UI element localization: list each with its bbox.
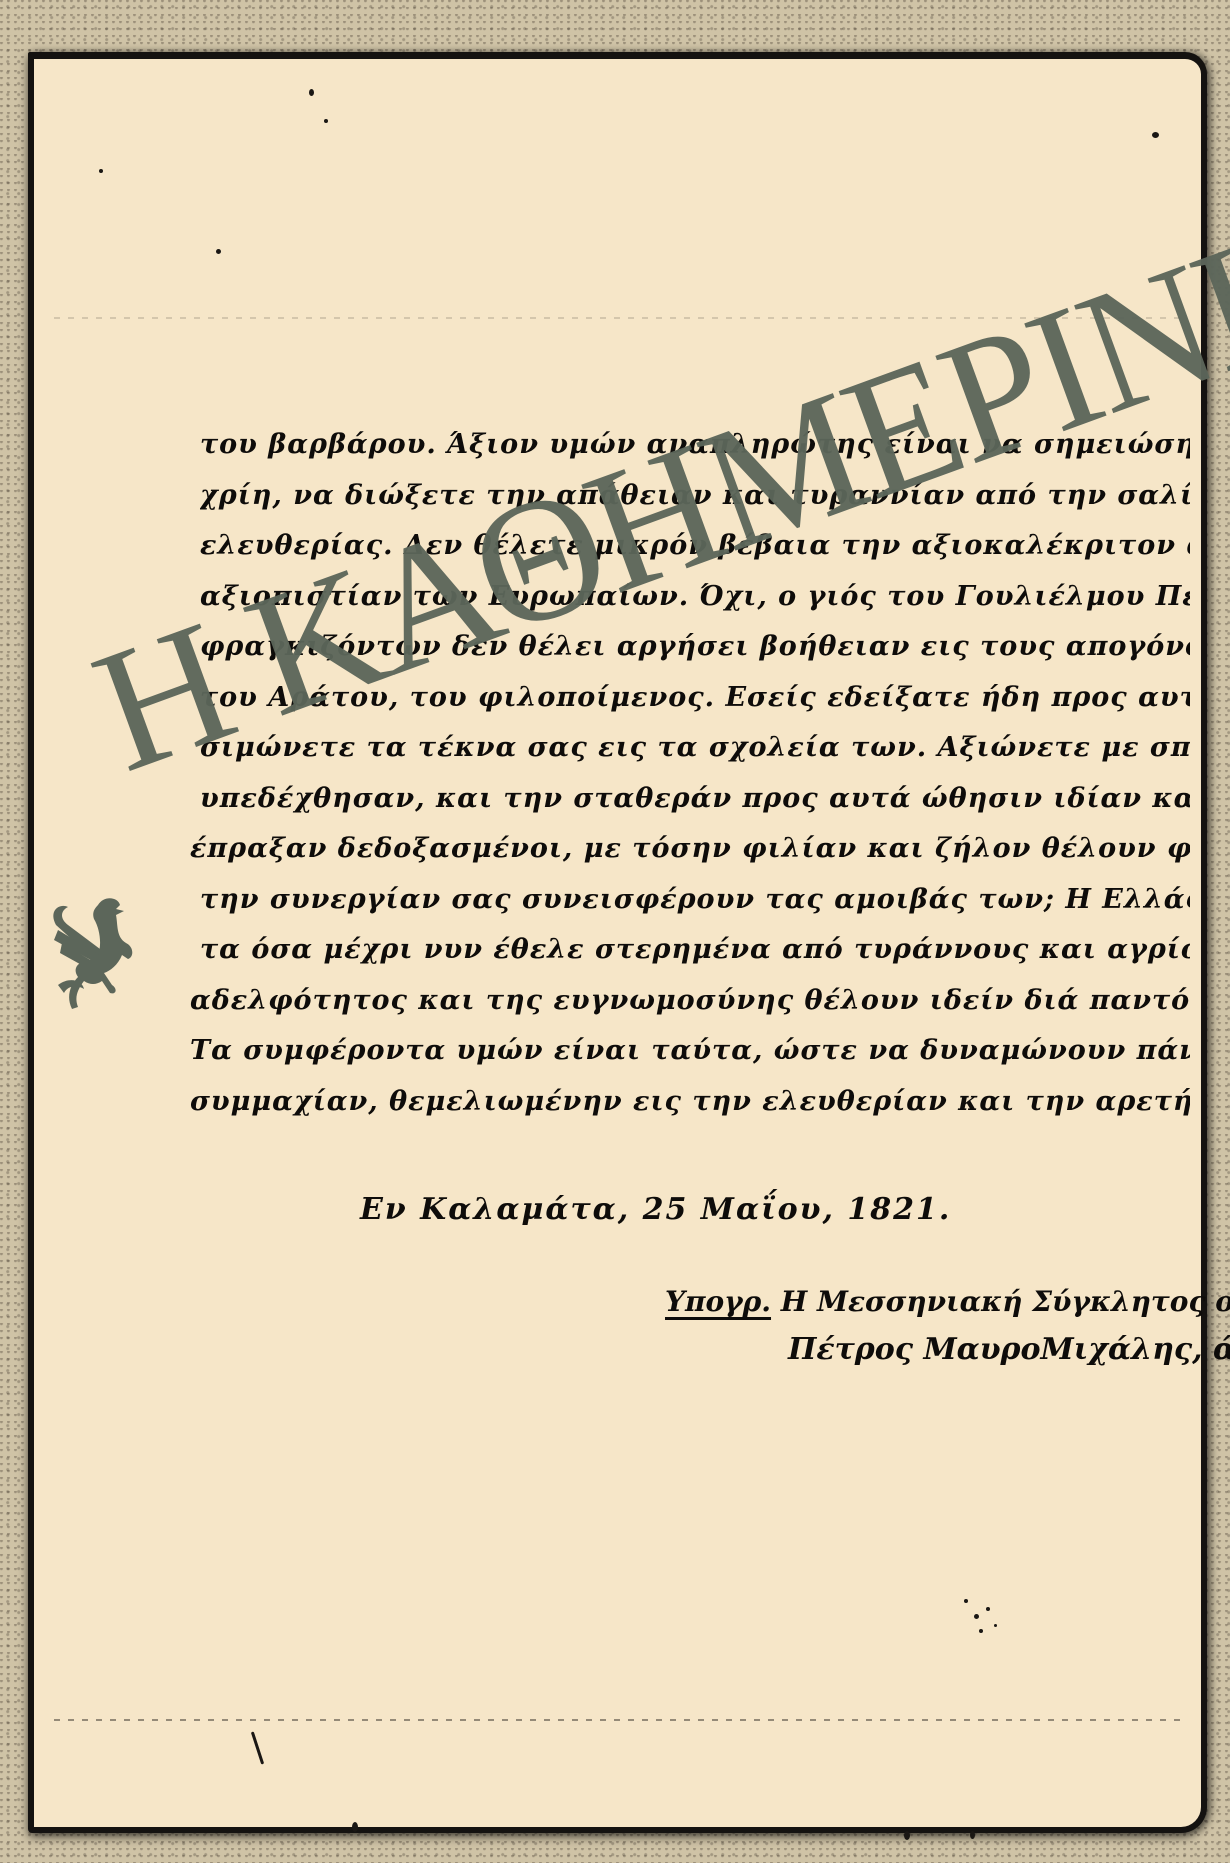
- ink-speck: [309, 89, 314, 96]
- ink-speck: [974, 1614, 979, 1619]
- signature-abbreviation: Υπογρ.: [665, 1285, 771, 1318]
- letter-line: έπραξαν δεδοξασμένοι, με τόσην φιλίαν κα…: [190, 824, 1190, 875]
- griffin-logo-icon: [38, 885, 148, 1015]
- letter-line: τα όσα μέχρι νυν έθελε στερημένα από τυρ…: [200, 925, 1190, 976]
- signature-line-2: Πέτρος ΜαυροΜιχάλης, άρχ: [788, 1332, 1230, 1367]
- date-line: Εν Καλαμάτα, 25 Μαΐου, 1821.: [360, 1192, 951, 1227]
- ink-speck: [904, 1831, 910, 1840]
- letter-line: συμμαχίαν, θεμελιωμένην εις την ελευθερί…: [190, 1077, 1190, 1128]
- ink-speck: [99, 169, 103, 173]
- ink-speck: [399, 1847, 405, 1856]
- ink-speck: [216, 249, 221, 254]
- letter-line: αδελφότητος και της ευγνωμοσύνης θέλουν …: [190, 976, 1190, 1027]
- signature-line-1: Υπογρ. Η Μεσσηνιακή Σύγκλητος ο ά: [665, 1285, 1230, 1318]
- letter-line: Τα συμφέροντα υμών είναι ταύτα, ώστε να …: [190, 1026, 1190, 1077]
- letter-line: υπεδέχθησαν, και την σταθεράν προς αυτά …: [200, 774, 1190, 825]
- ink-speck: [979, 1629, 983, 1633]
- letter-line: την συνεργίαν σας συνεισφέρουν τας αμοιβ…: [200, 875, 1190, 926]
- ink-speck: [324, 119, 328, 123]
- ink-stroke: [251, 1731, 264, 1764]
- ink-speck: [986, 1607, 990, 1611]
- ink-speck: [970, 1831, 975, 1839]
- ink-speck: [964, 1599, 968, 1603]
- fold-line: [54, 1719, 1181, 1721]
- signature-senate: Η Μεσσηνιακή Σύγκλητος ο ά: [781, 1285, 1230, 1318]
- ink-speck: [994, 1624, 997, 1627]
- ink-speck: [1152, 132, 1159, 138]
- ink-speck: [352, 1822, 358, 1832]
